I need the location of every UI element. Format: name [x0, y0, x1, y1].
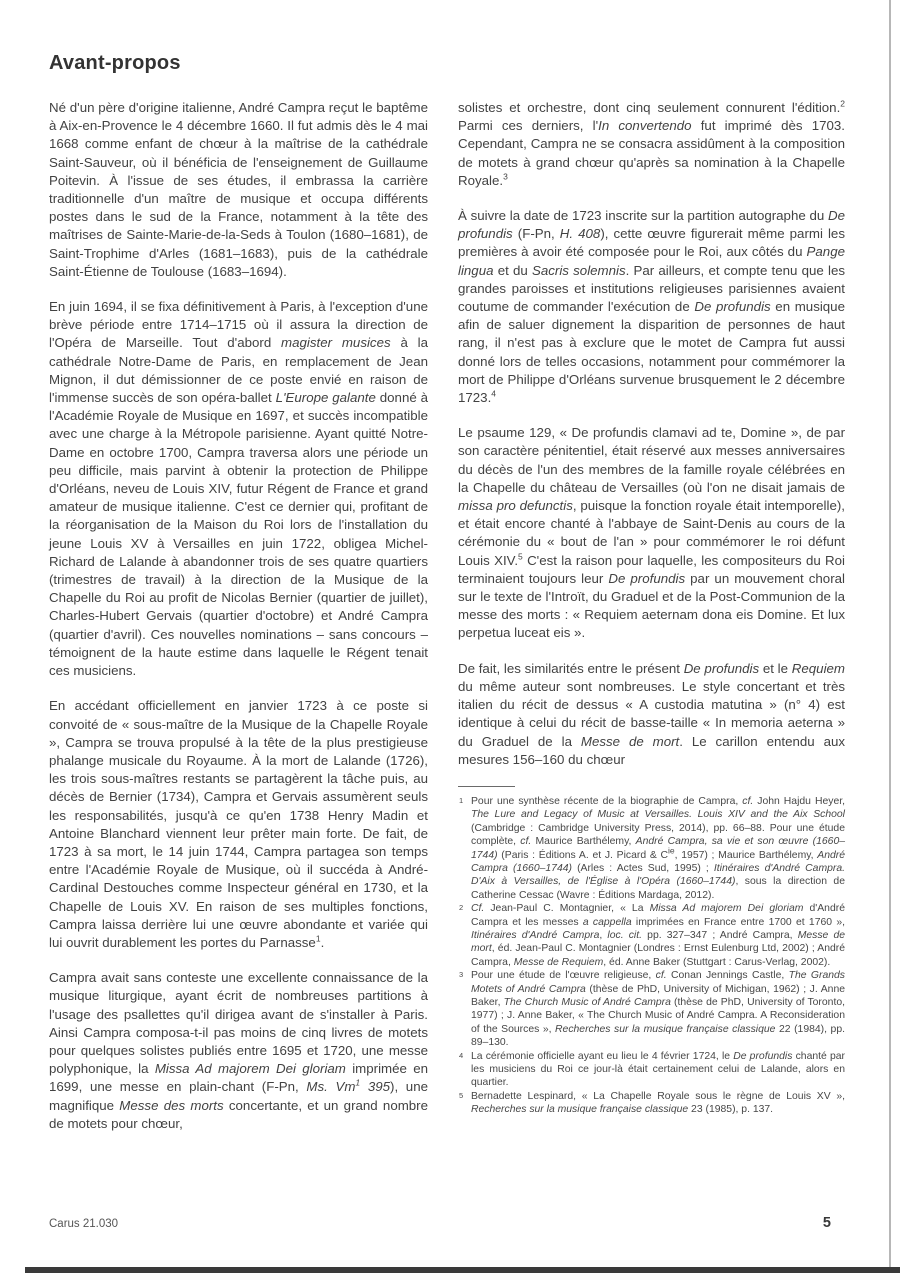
footnote: 2 Cf. Jean-Paul C. Montagnier, « La Miss…	[458, 902, 845, 969]
body-paragraph: Né d'un père d'origine italienne, André …	[49, 99, 428, 281]
document-page: Avant-propos Né d'un père d'origine ital…	[0, 0, 900, 1274]
footnote-text: Pour une synthèse récente de la biograph…	[471, 796, 845, 901]
body-paragraph: En accédant officiellement en janvier 17…	[49, 697, 428, 952]
text-columns: Né d'un père d'origine italienne, André …	[49, 99, 845, 1150]
footnote-number: 5	[459, 1089, 463, 1102]
footnote-text: Cf. Jean-Paul C. Montagnier, « La Missa …	[471, 903, 845, 968]
footnote: 5 Bernadette Lespinard, « La Chapelle Ro…	[458, 1090, 845, 1117]
scan-bottom-edge	[25, 1267, 900, 1273]
page-footer: Carus 21.030 5	[49, 1215, 845, 1231]
body-paragraph: À suivre la date de 1723 inscrite sur la…	[458, 207, 845, 407]
scan-right-edge	[889, 0, 891, 1268]
footnote-separator	[458, 786, 515, 787]
left-column: Né d'un père d'origine italienne, André …	[49, 99, 428, 1150]
page-title: Avant-propos	[49, 52, 181, 75]
footnote-text: Pour une étude de l'œuvre religieuse, cf…	[471, 970, 845, 1048]
catalog-number: Carus 21.030	[49, 1218, 118, 1230]
body-paragraph: Campra avait sans conteste une excellent…	[49, 969, 428, 1133]
body-paragraph: En juin 1694, il se fixa définitivement …	[49, 298, 428, 680]
footnote-number: 2	[459, 901, 463, 914]
footnotes-list: 1 Pour une synthèse récente de la biogra…	[458, 795, 845, 1117]
right-column: solistes et orchestre, dont cinq seuleme…	[458, 99, 845, 1150]
footnote-text: La cérémonie officielle ayant eu lieu le…	[471, 1051, 845, 1089]
footnote-number: 1	[459, 794, 463, 807]
footnote: 1 Pour une synthèse récente de la biogra…	[458, 795, 845, 902]
footnote: 4 La cérémonie officielle ayant eu lieu …	[458, 1050, 845, 1090]
body-paragraph: Le psaume 129, « De profundis clamavi ad…	[458, 424, 845, 642]
body-paragraph: De fait, les similarités entre le présen…	[458, 660, 845, 769]
page-number: 5	[823, 1215, 845, 1231]
footnote-number: 4	[459, 1049, 463, 1062]
footnote-text: Bernadette Lespinard, « La Chapelle Roya…	[471, 1091, 845, 1115]
footnote: 3 Pour une étude de l'œuvre religieuse, …	[458, 969, 845, 1049]
body-paragraph: solistes et orchestre, dont cinq seuleme…	[458, 99, 845, 190]
footnote-number: 3	[459, 968, 463, 981]
